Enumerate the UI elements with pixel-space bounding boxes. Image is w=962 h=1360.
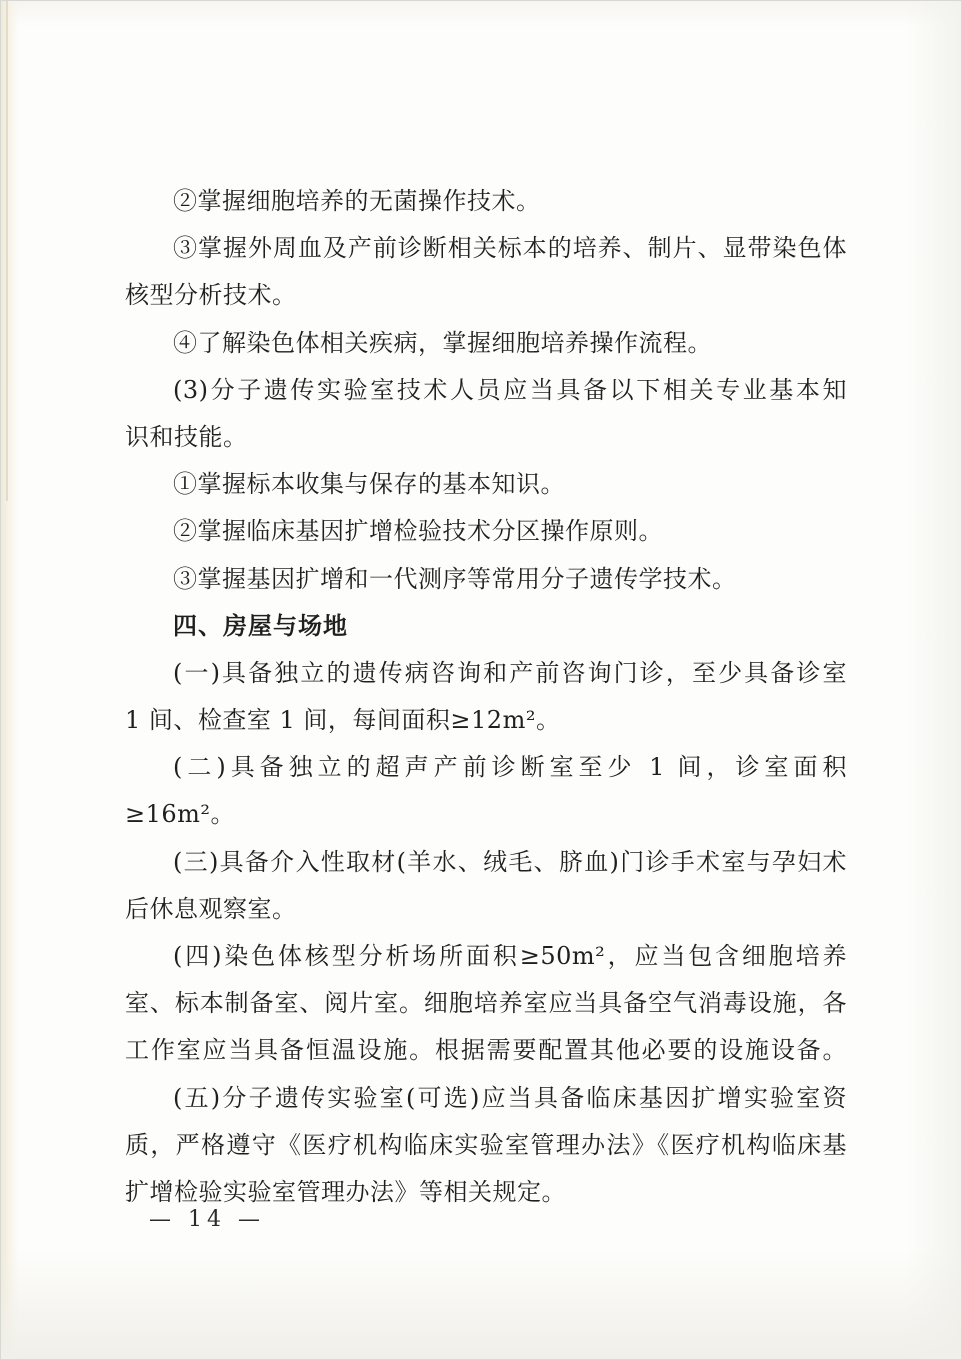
text-line: ①掌握标本收集与保存的基本知识。 xyxy=(125,461,847,508)
text-line: (3)分子遗传实验室技术人员应当具备以下相关专业基本知 xyxy=(125,367,847,414)
scan-edge-right xyxy=(906,1,961,1359)
text-line: ④了解染色体相关疾病，掌握细胞培养操作流程。 xyxy=(125,320,847,367)
scan-edge-top xyxy=(1,1,961,27)
text-line: 1 间、检查室 1 间，每间面积≥12m²。 xyxy=(125,697,847,744)
text-line: ②掌握临床基因扩增检验技术分区操作原则。 xyxy=(125,508,847,555)
text-line: ③掌握外周血及产前诊断相关标本的培养、制片、显带染色体 xyxy=(125,225,847,272)
text-line: ③掌握基因扩增和一代测序等常用分子遗传学技术。 xyxy=(125,556,847,603)
scan-edge-line xyxy=(6,1,8,501)
text-line: ≥16m²。 xyxy=(125,791,847,838)
text-line: 室、标本制备室、阅片室。细胞培养室应当具备空气消毒设施，各 xyxy=(125,980,847,1027)
text-line: (二)具备独立的超声产前诊断室至少 1 间，诊室面积 xyxy=(125,744,847,791)
text-line: 工作室应当具备恒温设施。根据需要配置其他必要的设施设备。 xyxy=(125,1027,847,1074)
page-number: — 14 — xyxy=(149,1207,265,1232)
text-line: 后休息观察室。 xyxy=(125,886,847,933)
scanned-document-page: ②掌握细胞培养的无菌操作技术。 ③掌握外周血及产前诊断相关标本的培养、制片、显带… xyxy=(0,0,962,1360)
text-line: (五)分子遗传实验室(可选)应当具备临床基因扩增实验室资 xyxy=(125,1075,847,1122)
text-line: 质，严格遵守《医疗机构临床实验室管理办法》《医疗机构临床基因 xyxy=(125,1122,847,1169)
text-line: (一)具备独立的遗传病咨询和产前咨询门诊，至少具备诊室 xyxy=(125,650,847,697)
text-line: ②掌握细胞培养的无菌操作技术。 xyxy=(125,178,847,225)
scan-edge-left xyxy=(1,1,19,1359)
text-line: (四)染色体核型分析场所面积≥50m²，应当包含细胞培养 xyxy=(125,933,847,980)
text-line: 识和技能。 xyxy=(125,414,847,461)
text-line: (三)具备介入性取材(羊水、绒毛、脐血)门诊手术室与孕妇术 xyxy=(125,839,847,886)
document-text-block: ②掌握细胞培养的无菌操作技术。 ③掌握外周血及产前诊断相关标本的培养、制片、显带… xyxy=(125,178,847,1216)
scan-edge-bottom xyxy=(1,1249,961,1359)
section-heading: 四、房屋与场地 xyxy=(125,603,847,650)
text-line: 核型分析技术。 xyxy=(125,272,847,319)
